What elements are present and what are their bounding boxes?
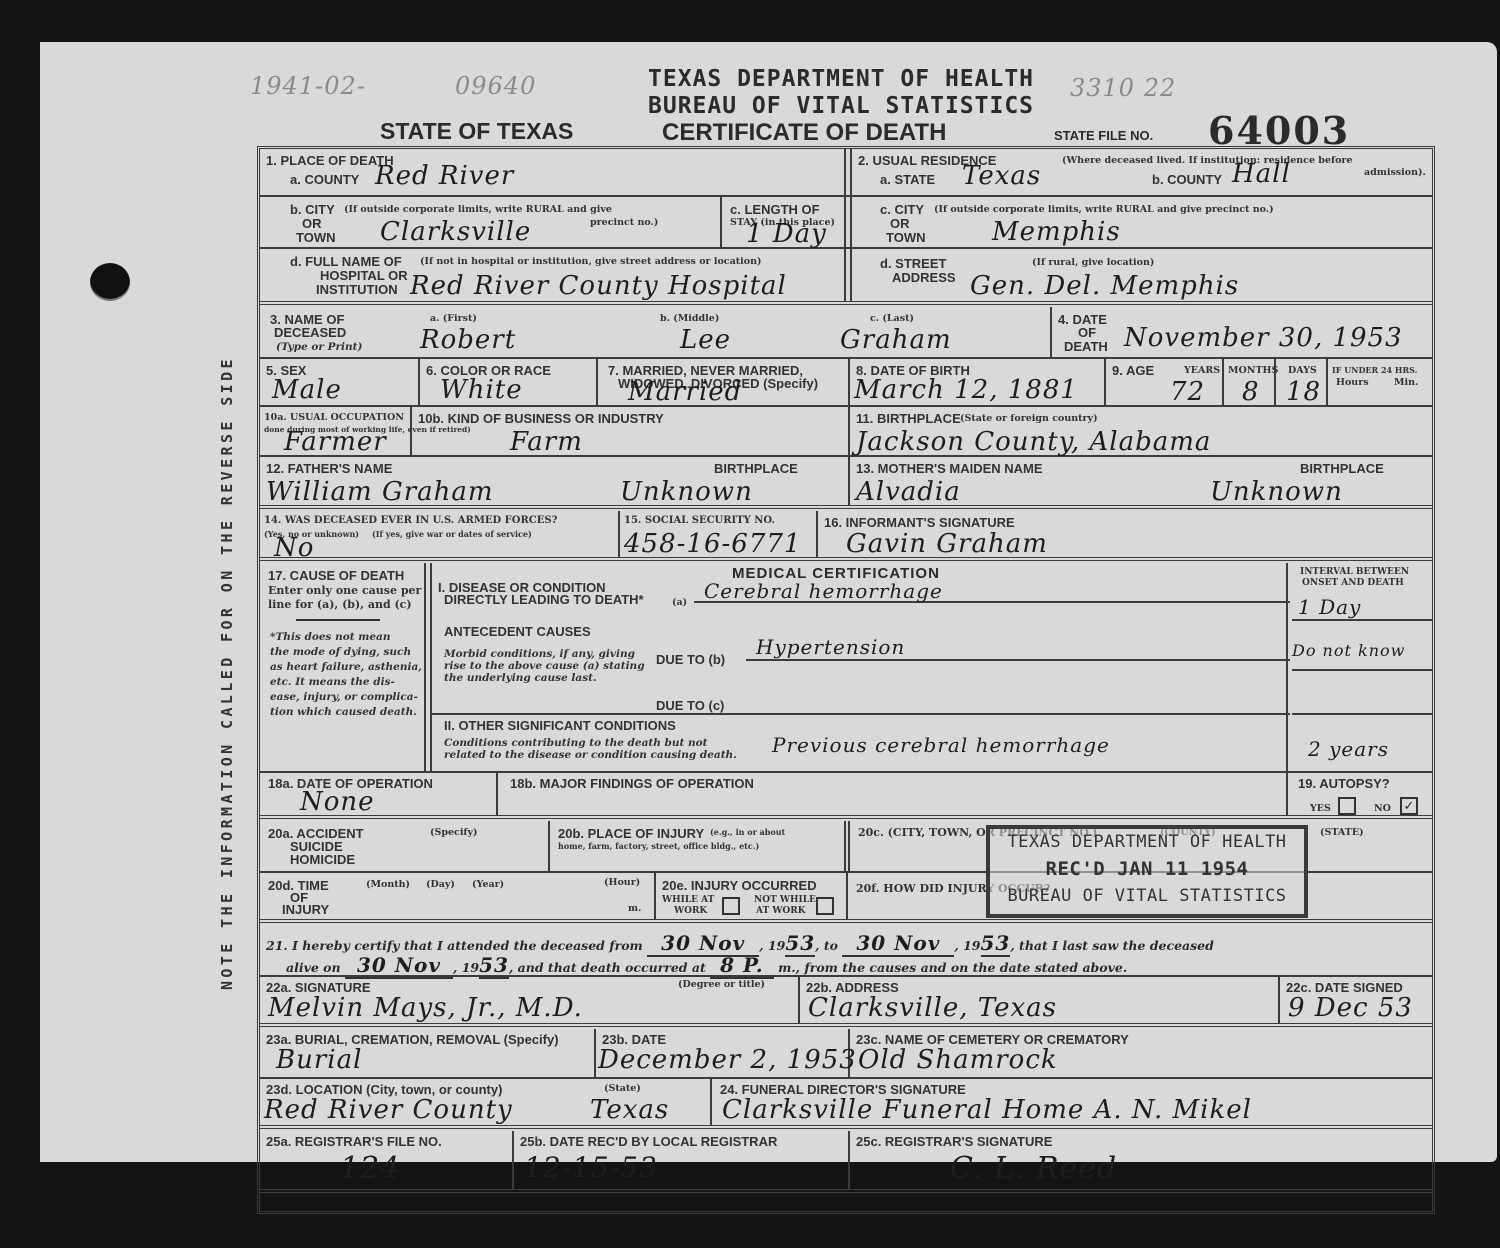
row-county: 1. PLACE OF DEATH a. COUNTY Red River 2.…: [260, 149, 1432, 197]
row-armed-forces: 14. WAS DECEASED EVER IN U.S. ARMED FORC…: [260, 511, 1432, 561]
death-county-value: Red River: [375, 161, 514, 191]
hint: admission).: [1364, 167, 1426, 178]
hours-label: Hours: [1336, 377, 1369, 388]
physician-signature-value: Melvin Mays, Jr., M.D.: [268, 993, 583, 1023]
hint: (If not in hospital or institution, give…: [420, 256, 761, 267]
days-label: DAYS: [1288, 365, 1317, 376]
city-label: b. CITY: [290, 203, 335, 216]
hint: (If outside corporate limits, write RURA…: [344, 204, 612, 215]
state-label: (STATE): [1320, 827, 1364, 838]
document-title: CERTIFICATE OF DEATH: [662, 119, 946, 147]
antecedent-label: ANTECEDENT CAUSES: [444, 625, 591, 638]
year-label: (Year): [472, 879, 504, 890]
min-label: Min.: [1394, 377, 1418, 388]
field-registrar-signature: 25c. REGISTRAR'S SIGNATURE C. L. Reed: [850, 1131, 1436, 1189]
instruction: Enter only one cause per: [268, 585, 421, 596]
father-label: 12. FATHER'S NAME: [266, 462, 392, 475]
stamp-line-1: TEXAS DEPARTMENT OF HEALTH: [990, 829, 1304, 856]
interval-line-b: [1292, 669, 1432, 671]
first-name-value: Robert: [420, 325, 516, 355]
row-demographics: 5. SEX Male 6. COLOR OR RACE White 7. MA…: [260, 359, 1432, 407]
field-armed-forces: 14. WAS DECEASED EVER IN U.S. ARMED FORC…: [260, 511, 620, 557]
cert-text: alive on: [286, 960, 341, 975]
hint: (If yes, give war or dates of service): [372, 529, 532, 540]
registrar-signature-label: 25c. REGISTRAR'S SIGNATURE: [856, 1135, 1052, 1148]
cert-text: , 19: [759, 938, 785, 953]
cert-text: , 19: [954, 938, 980, 953]
date-received-label: 25b. DATE REC'D BY LOCAL REGISTRAR: [520, 1135, 777, 1148]
field-street-address: d. STREET ADDRESS (If rural, give locati…: [850, 249, 1436, 301]
field-physician-address: 22b. ADDRESS Clarksville, Texas: [800, 977, 1280, 1023]
physician-address-value: Clarksville, Texas: [808, 993, 1057, 1023]
field-informant: 16. INFORMANT'S SIGNATURE Gavin Graham: [818, 511, 1436, 557]
cert-text: 21. I hereby certify that I attended the…: [266, 938, 643, 953]
hospital-label: d. FULL NAME OF: [290, 255, 402, 268]
field-injury-type: 20a. ACCIDENT SUICIDE HOMICIDE (Specify): [260, 821, 550, 871]
field-injury-occurred: 20e. INJURY OCCURRED WHILE AT WORK NOT W…: [656, 873, 848, 919]
while-work-label: WHILE AT: [662, 895, 714, 906]
field-name: 3. NAME OF DECEASED (Type or Print) a. (…: [260, 307, 1050, 357]
field-length-of-stay: c. LENGTH OF STAY (in this place) 1 Day: [724, 197, 846, 247]
antecedent-hint: the underlying cause last.: [444, 672, 597, 685]
field-injury-time: 20d. TIME OF INJURY (Month) (Day) (Year)…: [260, 873, 656, 919]
field-residence-city: c. CITY (If outside corporate limits, wr…: [850, 197, 1436, 247]
cause-instructions: 17. CAUSE OF DEATH Enter only one cause …: [260, 563, 426, 771]
stamp-line-3: BUREAU OF VITAL STATISTICS: [990, 883, 1304, 910]
field-burial-location: 23d. LOCATION (City, town, or county) (S…: [260, 1079, 712, 1125]
burial-method-value: Burial: [276, 1045, 362, 1075]
field-funeral-director: 24. FUNERAL DIRECTOR'S SIGNATURE Clarksv…: [712, 1079, 1436, 1125]
town-label: TOWN: [296, 231, 335, 244]
not-while-label: AT WORK: [756, 906, 806, 917]
armed-forces-value: No: [274, 533, 314, 563]
field-age-under24: IF UNDER 24 HRS. Hours Min.: [1328, 359, 1436, 405]
footnote: tion which caused death.: [270, 706, 417, 719]
interval-label: INTERVAL BETWEEN: [1300, 567, 1409, 578]
cause-b-value: Hypertension: [756, 635, 905, 659]
footnote: ease, injury, or complica-: [270, 691, 418, 704]
hospital-value: Red River County Hospital: [410, 271, 787, 301]
part2-label: II. OTHER SIGNIFICANT CONDITIONS: [444, 719, 676, 732]
field-age-years: 9. AGE YEARS 72: [1106, 359, 1224, 405]
part2-hint: related to the disease or condition caus…: [444, 749, 737, 762]
received-stamp: TEXAS DEPARTMENT OF HEALTH REC'D JAN 11 …: [986, 825, 1308, 918]
not-while-label: NOT WHILE: [754, 895, 816, 906]
burial-location-value: Red River County: [264, 1095, 513, 1125]
interval-label: ONSET AND DEATH: [1302, 578, 1404, 589]
row-cause-of-death: 17. CAUSE OF DEATH Enter only one cause …: [260, 563, 1432, 773]
county-label: b. COUNTY: [1152, 173, 1222, 186]
row-hospital: d. FULL NAME OF HOSPITAL OR INSTITUTION …: [260, 249, 1432, 305]
age-years-value: 72: [1170, 377, 1205, 407]
homicide-label: HOMICIDE: [290, 853, 355, 866]
first-label: a. (First): [430, 313, 477, 324]
time-of-death-value: 8 P.: [710, 953, 774, 979]
medical-certification: MEDICAL CERTIFICATION I. DISEASE OR COND…: [430, 563, 1288, 771]
age-months-value: 8: [1242, 377, 1260, 407]
time-label: INJURY: [282, 903, 329, 916]
hint: (State or foreign country): [960, 413, 1098, 424]
mother-birthplace-value: Unknown: [1210, 477, 1343, 507]
footnote: the mode of dying, such: [270, 646, 411, 659]
state-label: (State): [604, 1083, 641, 1094]
field-occupation: 10a. USUAL OCCUPATION done during most o…: [260, 407, 412, 455]
field-death-city: b. CITY (If outside corporate limits, wr…: [260, 197, 722, 247]
punch-hole: [90, 263, 130, 301]
under24-label: IF UNDER 24 HRS.: [1332, 365, 1417, 376]
certification-line-1: 21. I hereby certify that I attended the…: [266, 931, 1214, 955]
date-label: DEATH: [1064, 340, 1108, 353]
birthplace-label: 11. BIRTHPLACE: [856, 412, 961, 425]
b-label: DUE TO (b): [656, 653, 725, 666]
last-seen-alive-year: 53: [479, 953, 509, 979]
cert-text: , to: [815, 938, 838, 953]
street-label: ADDRESS: [892, 271, 956, 284]
age-label: 9. AGE: [1112, 364, 1154, 377]
field-injury-place: 20b. PLACE OF INJURY (e.g., in or about …: [550, 821, 846, 871]
race-value: White: [440, 375, 523, 405]
birthplace-label: BIRTHPLACE: [714, 462, 798, 475]
field-industry: 10b. KIND OF BUSINESS OR INDUSTRY Farm: [412, 407, 850, 455]
mother-name-value: Alvadia: [856, 477, 961, 507]
cert-text: , and that death occurred at: [509, 960, 706, 975]
residence-state-value: Texas: [962, 161, 1041, 191]
place-label: 20b. PLACE OF INJURY: [558, 827, 704, 840]
row-certification: 21. I hereby certify that I attended the…: [260, 925, 1432, 977]
field-father: 12. FATHER'S NAME BIRTHPLACE William Gra…: [260, 457, 850, 505]
footnote: as heart failure, asthenia,: [270, 661, 422, 674]
hint: (If rural, give location): [1032, 257, 1154, 268]
instruction: line for (a), (b), and (c): [268, 599, 412, 610]
or-label: OR: [302, 217, 322, 230]
while-work-label: WORK: [674, 906, 707, 917]
mother-label: 13. MOTHER'S MAIDEN NAME: [856, 462, 1043, 475]
field-date-of-death: 4. DATE OF DEATH November 30, 1953: [1050, 307, 1436, 357]
months-label: MONTHS: [1228, 365, 1278, 376]
hint: precinct no.): [590, 217, 658, 228]
field-hospital: d. FULL NAME OF HOSPITAL OR INSTITUTION …: [260, 249, 846, 301]
field-physician-signature: 22a. SIGNATURE (Degree or title) Melvin …: [260, 977, 800, 1023]
occurred-label: 20e. INJURY OCCURRED: [662, 879, 817, 892]
father-birthplace-value: Unknown: [620, 477, 753, 507]
stay-label: c. LENGTH OF: [730, 203, 820, 216]
field-date-received: 25b. DATE REC'D BY LOCAL REGISTRAR 12-15…: [514, 1131, 850, 1189]
cause-a-value: Cerebral hemorrhage: [704, 579, 943, 603]
burial-state-value: Texas: [590, 1095, 669, 1125]
row-parents: 12. FATHER'S NAME BIRTHPLACE William Gra…: [260, 457, 1432, 509]
hour-label: (Hour): [604, 877, 640, 888]
operation-date-value: None: [300, 787, 375, 817]
or-label: OR: [890, 217, 910, 230]
length-of-stay-value: 1 Day: [746, 219, 827, 249]
autopsy-no-checkbox[interactable]: ✓: [1400, 797, 1418, 815]
date-label: OF: [1078, 326, 1096, 339]
row-name: 3. NAME OF DECEASED (Type or Print) a. (…: [260, 307, 1432, 359]
father-name-value: William Graham: [266, 477, 494, 507]
field-age-months: MONTHS 8: [1224, 359, 1276, 405]
state-file-no-label: STATE FILE NO.: [1054, 128, 1153, 143]
birthplace-value: Jackson County, Alabama: [856, 427, 1211, 457]
field-birthplace: 11. BIRTHPLACE (State or foreign country…: [850, 407, 1436, 455]
certification-line-2: alive on 30 Nov, 1953, and that death oc…: [286, 953, 1127, 977]
years-label: YEARS: [1184, 365, 1220, 376]
other-conditions-value: Previous cerebral hemorrhage: [772, 733, 1110, 757]
pencil-note-2: 09640: [455, 72, 536, 100]
line-c: [432, 713, 1290, 715]
city-label: c. CITY: [880, 203, 924, 216]
stamp-line-2: REC'D JAN 11 1954: [990, 856, 1304, 883]
county-label: a. COUNTY: [290, 173, 359, 186]
registrar-file-no-value: 124: [340, 1151, 400, 1186]
divider: [296, 619, 380, 621]
dob-value: March 12, 1881: [854, 375, 1078, 405]
town-label: TOWN: [886, 231, 925, 244]
field-registrar-file-no: 25a. REGISTRAR'S FILE NO. 124: [260, 1131, 514, 1189]
field-race: 6. COLOR OR RACE White: [420, 359, 598, 405]
pencil-note-3: 3310 22: [1070, 74, 1176, 102]
ssn-value: 458-16-6771: [624, 529, 801, 559]
cert-text: , that I last saw the deceased: [1010, 938, 1214, 953]
yes-label: YES: [1310, 803, 1331, 814]
field-cemetery: 23c. NAME OF CEMETERY OR CREMATORY Old S…: [850, 1029, 1436, 1077]
interval-a-value: 1 Day: [1298, 595, 1361, 619]
hospital-label: INSTITUTION: [316, 283, 398, 296]
marital-value: Married: [628, 377, 742, 407]
hint: (e.g., in or about: [710, 827, 785, 838]
field-operation-findings: 18b. MAJOR FINDINGS OF OPERATION: [498, 773, 1288, 815]
age-days-value: 18: [1286, 377, 1321, 407]
autopsy-label: 19. AUTOPSY?: [1298, 777, 1390, 790]
field-date-signed: 22c. DATE SIGNED 9 Dec 53: [1280, 977, 1436, 1023]
middle-label: b. (Middle): [660, 313, 719, 324]
footnote: etc. It means the dis-: [270, 676, 395, 689]
no-label: NO: [1374, 803, 1391, 814]
hint: (If outside corporate limits, write RURA…: [934, 204, 1274, 215]
residence-city-value: Memphis: [992, 217, 1121, 247]
autopsy-yes-checkbox[interactable]: [1338, 797, 1356, 815]
street-address-value: Gen. Del. Memphis: [970, 271, 1239, 301]
specify-label: (Specify): [430, 827, 478, 838]
industry-value: Farm: [510, 427, 583, 457]
occupation-value: Farmer: [284, 427, 387, 457]
ssn-label: 15. SOCIAL SECURITY NO.: [624, 515, 775, 526]
interval-line-c: [1292, 713, 1432, 715]
pencil-note-1: 1941-02-: [250, 72, 366, 100]
row-city: b. CITY (If outside corporate limits, wr…: [260, 197, 1432, 249]
reverse-side-note: NOTE THE INFORMATION CALLED FOR ON THE R…: [218, 356, 236, 990]
field-burial-date: 23b. DATE December 2, 1953: [596, 1029, 850, 1077]
funeral-director-value: Clarksville Funeral Home A. N. Mikel: [722, 1095, 1252, 1125]
row-burial: 23a. BURIAL, CREMATION, REMOVAL (Specify…: [260, 1029, 1432, 1079]
file-no-label: 25a. REGISTRAR'S FILE NO.: [266, 1135, 442, 1148]
date-of-death-value: November 30, 1953: [1124, 323, 1403, 353]
armed-forces-label: 14. WAS DECEASED EVER IN U.S. ARMED FORC…: [264, 515, 557, 526]
death-city-value: Clarksville: [380, 217, 531, 247]
hint: (Where deceased lived. If institution: r…: [1062, 155, 1352, 166]
cert-text: , 19: [453, 960, 479, 975]
field-sex: 5. SEX Male: [260, 359, 420, 405]
row-burial-location: 23d. LOCATION (City, town, or county) (S…: [260, 1079, 1432, 1129]
interval-b-value: Do not know: [1292, 641, 1405, 660]
field-marital: 7. MARRIED, NEVER MARRIED, WIDOWED, DIVO…: [598, 359, 850, 405]
part1-label: DIRECTLY LEADING TO DEATH*: [444, 593, 644, 606]
date-signed-value: 9 Dec 53: [1288, 993, 1413, 1023]
cause-label: 17. CAUSE OF DEATH: [268, 569, 404, 582]
day-label: (Day): [426, 879, 455, 890]
date-received-value: 12-15-53: [524, 1151, 658, 1184]
row-signature: 22a. SIGNATURE (Degree or title) Melvin …: [260, 977, 1432, 1027]
field-autopsy: 19. AUTOPSY? YES NO ✓: [1288, 773, 1436, 815]
informant-label: 16. INFORMANT'S SIGNATURE: [824, 516, 1015, 529]
field-operation-date: 18a. DATE OF OPERATION None: [260, 773, 498, 815]
line-b: [746, 659, 1290, 661]
interval-other-value: 2 years: [1308, 737, 1389, 761]
footnote: *This does not mean: [270, 631, 390, 644]
state-title: STATE OF TEXAS: [380, 118, 573, 145]
last-name-value: Graham: [840, 325, 952, 355]
a-label: (a): [672, 597, 687, 608]
field-mother: 13. MOTHER'S MAIDEN NAME BIRTHPLACE Alva…: [850, 457, 1436, 505]
state-label: a. STATE: [880, 173, 935, 186]
sex-value: Male: [272, 375, 342, 405]
death-certificate-form: 1. PLACE OF DEATH a. COUNTY Red River 2.…: [257, 146, 1435, 1214]
m-label: m.: [628, 903, 641, 914]
last-label: c. (Last): [870, 313, 914, 324]
hospital-label: HOSPITAL OR: [320, 269, 408, 282]
findings-label: 18b. MAJOR FINDINGS OF OPERATION: [510, 777, 754, 790]
while-at-work-checkbox[interactable]: [722, 897, 740, 915]
agency-title: TEXAS DEPARTMENT OF HEALTH: [648, 66, 1034, 92]
row-registrar: 25a. REGISTRAR'S FILE NO. 124 25b. DATE …: [260, 1131, 1432, 1193]
name-label: (Type or Print): [276, 341, 362, 354]
residence-county-value: Hall: [1232, 159, 1291, 189]
field-dob: 8. DATE OF BIRTH March 12, 1881: [850, 359, 1106, 405]
informant-signature: Gavin Graham: [846, 529, 1048, 559]
field-place-county: 1. PLACE OF DEATH a. COUNTY Red River: [260, 149, 846, 195]
burial-date-value: December 2, 1953: [598, 1045, 857, 1075]
street-label: d. STREET: [880, 257, 946, 270]
occupation-label: 10a. USUAL OCCUPATION: [264, 412, 404, 423]
birthplace-label: BIRTHPLACE: [1300, 462, 1384, 475]
row-occupation: 10a. USUAL OCCUPATION done during most o…: [260, 407, 1432, 457]
cert-text: m., from the causes and on the date stat…: [778, 960, 1127, 975]
interval-column: INTERVAL BETWEEN ONSET AND DEATH 1 Day D…: [1288, 563, 1436, 771]
field-ssn: 15. SOCIAL SECURITY NO. 458-16-6771: [620, 511, 818, 557]
industry-label: 10b. KIND OF BUSINESS OR INDUSTRY: [418, 412, 664, 425]
last-seen-alive-value: 30 Nov: [345, 953, 453, 979]
field-burial-method: 23a. BURIAL, CREMATION, REMOVAL (Specify…: [260, 1029, 596, 1077]
bureau-title: BUREAU OF VITAL STATISTICS: [648, 93, 1034, 119]
name-label: DECEASED: [274, 326, 346, 339]
row-operation: 18a. DATE OF OPERATION None 18b. MAJOR F…: [260, 773, 1432, 819]
field-residence-state: 2. USUAL RESIDENCE (Where deceased lived…: [850, 149, 1436, 195]
field-age-days: DAYS 18: [1276, 359, 1328, 405]
interval-line-a: [1292, 619, 1432, 621]
month-label: (Month): [366, 879, 410, 890]
middle-name-value: Lee: [680, 325, 731, 355]
c-label: DUE TO (c): [656, 699, 724, 712]
cemetery-value: Old Shamrock: [858, 1045, 1058, 1075]
not-at-work-checkbox[interactable]: [816, 897, 834, 915]
registrar-signature-value: C. L. Reed: [950, 1151, 1117, 1186]
degree-label: (Degree or title): [678, 979, 765, 990]
hint: home, farm, factory, street, office bldg…: [558, 841, 759, 852]
